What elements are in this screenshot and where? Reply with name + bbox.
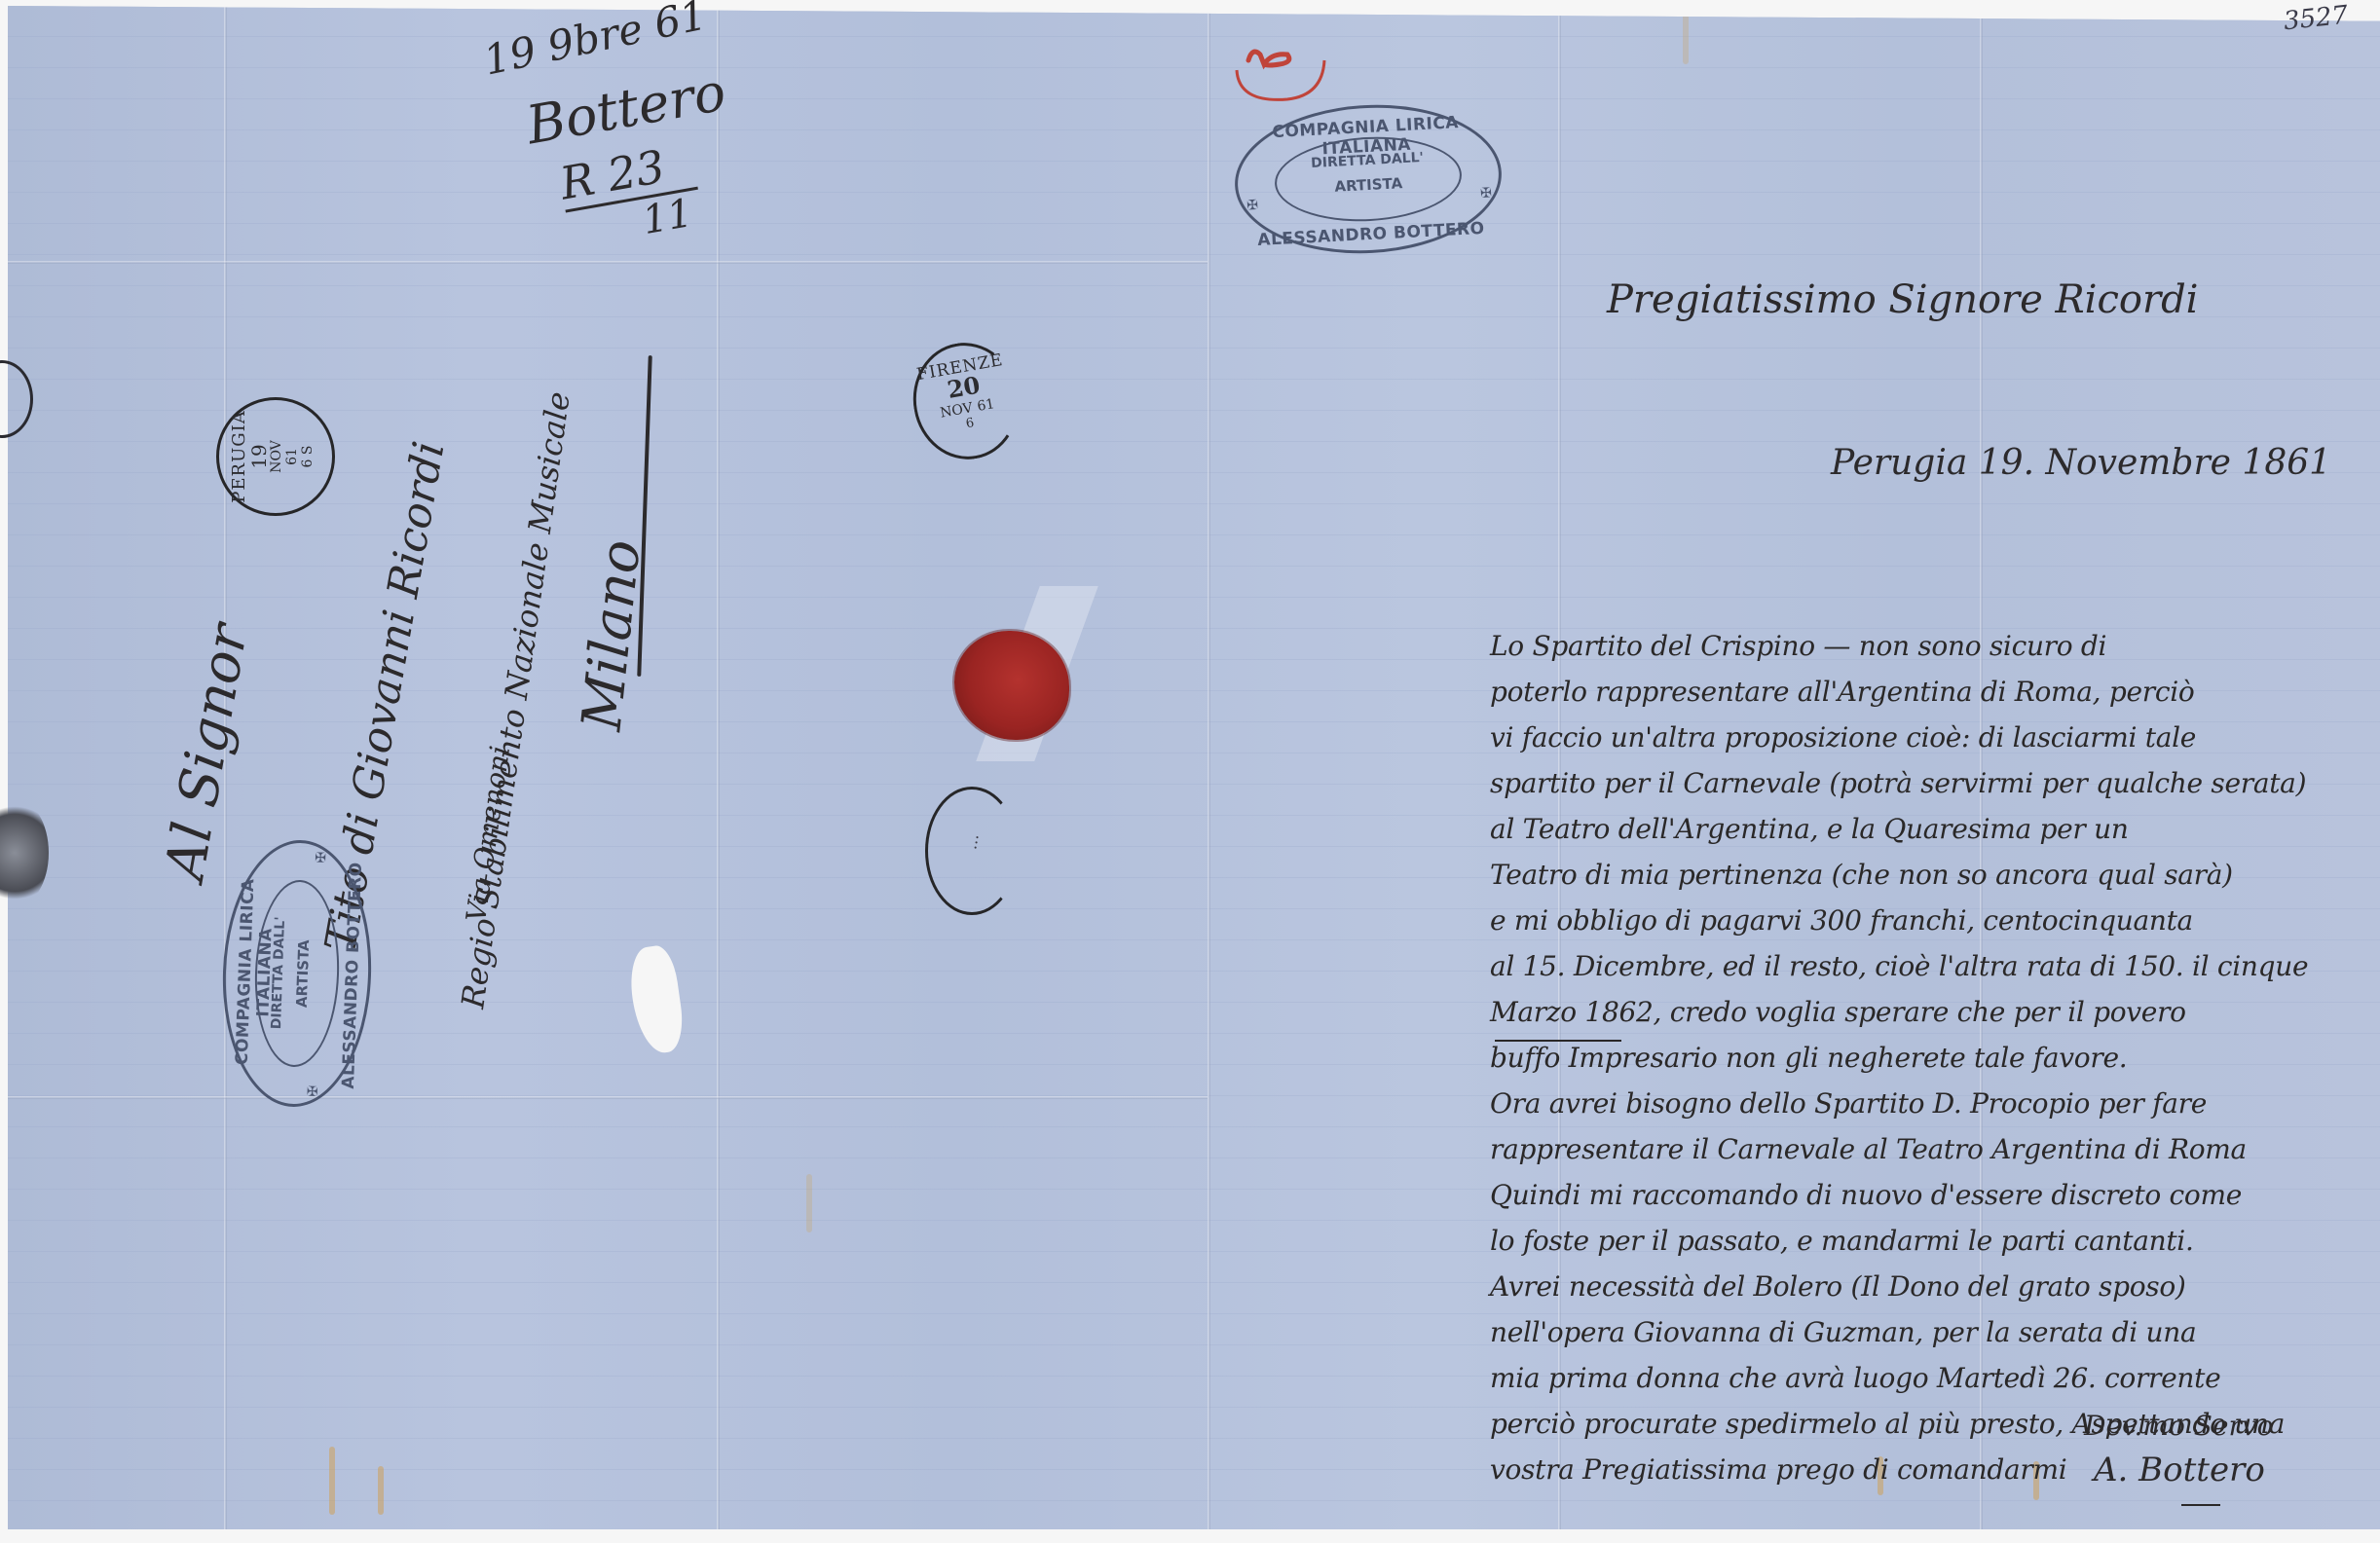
- letter-place-date: Perugia 19. Novembre 1861: [1831, 443, 2331, 483]
- fold-line: [8, 261, 1208, 264]
- letter-body: Lo Spartito del Crispino — non sono sicu…: [1490, 623, 2366, 1492]
- body-line: poterlo rappresentare all'Argentina di R…: [1490, 669, 2366, 715]
- body-line: Quindi mi raccomando di nuovo d'essere d…: [1490, 1172, 2366, 1218]
- letter-salutation: Pregiatissimo Signore Ricordi: [1607, 277, 2198, 322]
- company-stamp-rotated: COMPAGNIA LIRICA ITALIANA DIRETTA DALL' …: [218, 837, 375, 1109]
- body-line: vi faccio un'altra proposizione cioè: di…: [1490, 715, 2366, 760]
- foxing-stain: [1683, 6, 1689, 64]
- body-line: rappresentare il Carnevale al Teatro Arg…: [1490, 1126, 2366, 1172]
- foxing-stain: [378, 1466, 384, 1515]
- body-line: Avrei necessità del Bolero (Il Dono del …: [1490, 1264, 2366, 1309]
- body-line: e mi obbligo di pagarvi 300 franchi, cen…: [1490, 898, 2366, 943]
- body-line: al 15. Dicembre, ed il resto, cioè l'alt…: [1490, 943, 2366, 989]
- body-line: al Teatro dell'Argentina, e la Quaresima…: [1490, 806, 2366, 852]
- body-line: buffo Impresario non gli negherete tale …: [1490, 1035, 2366, 1081]
- docket-sub-mark: 11: [639, 191, 695, 243]
- foxing-stain: [329, 1447, 335, 1515]
- body-line: Marzo 1862, credo voglia sperare che per…: [1490, 989, 2366, 1035]
- body-line: spartito per il Carnevale (potrà servirm…: [1490, 760, 2366, 806]
- city-underline: [637, 355, 652, 677]
- address-block: Al Signor Tito di Giovanni Ricordi Regio…: [321, 350, 730, 1110]
- postmark-perugia: PERUGIA 19 NOV 61 6 S: [216, 397, 335, 516]
- body-line: Lo Spartito del Crispino — non sono sicu…: [1490, 623, 2366, 669]
- impresario-underline: [1495, 1040, 1621, 1042]
- center-fold-line: [1208, 6, 1210, 1529]
- red-pencil-label: 8: [1256, 27, 1257, 28]
- body-line: Teatro di mia pertinenza (che non so anc…: [1490, 852, 2366, 898]
- body-line: mia prima donna che avrà luogo Martedì 2…: [1490, 1355, 2366, 1401]
- letter-closing: Dev.mo Servo: [2084, 1410, 2274, 1442]
- foxing-stain: [806, 1174, 812, 1232]
- red-pencil-mark: [1229, 35, 1336, 103]
- company-stamp: COMPAGNIA LIRICA ITALIANA DIRETTA DALL' …: [1231, 98, 1506, 260]
- letter-signature: A. Bottero: [2094, 1451, 2265, 1489]
- body-line: nell'opera Giovanna di Guzman, per la se…: [1490, 1309, 2366, 1355]
- body-line: Ora avrei bisogno dello Spartito D. Proc…: [1490, 1081, 2366, 1126]
- body-line: lo foste per il passato, e mandarmi le p…: [1490, 1218, 2366, 1264]
- signature-flourish: [2181, 1504, 2220, 1506]
- postmark-partial: …: [925, 787, 1019, 915]
